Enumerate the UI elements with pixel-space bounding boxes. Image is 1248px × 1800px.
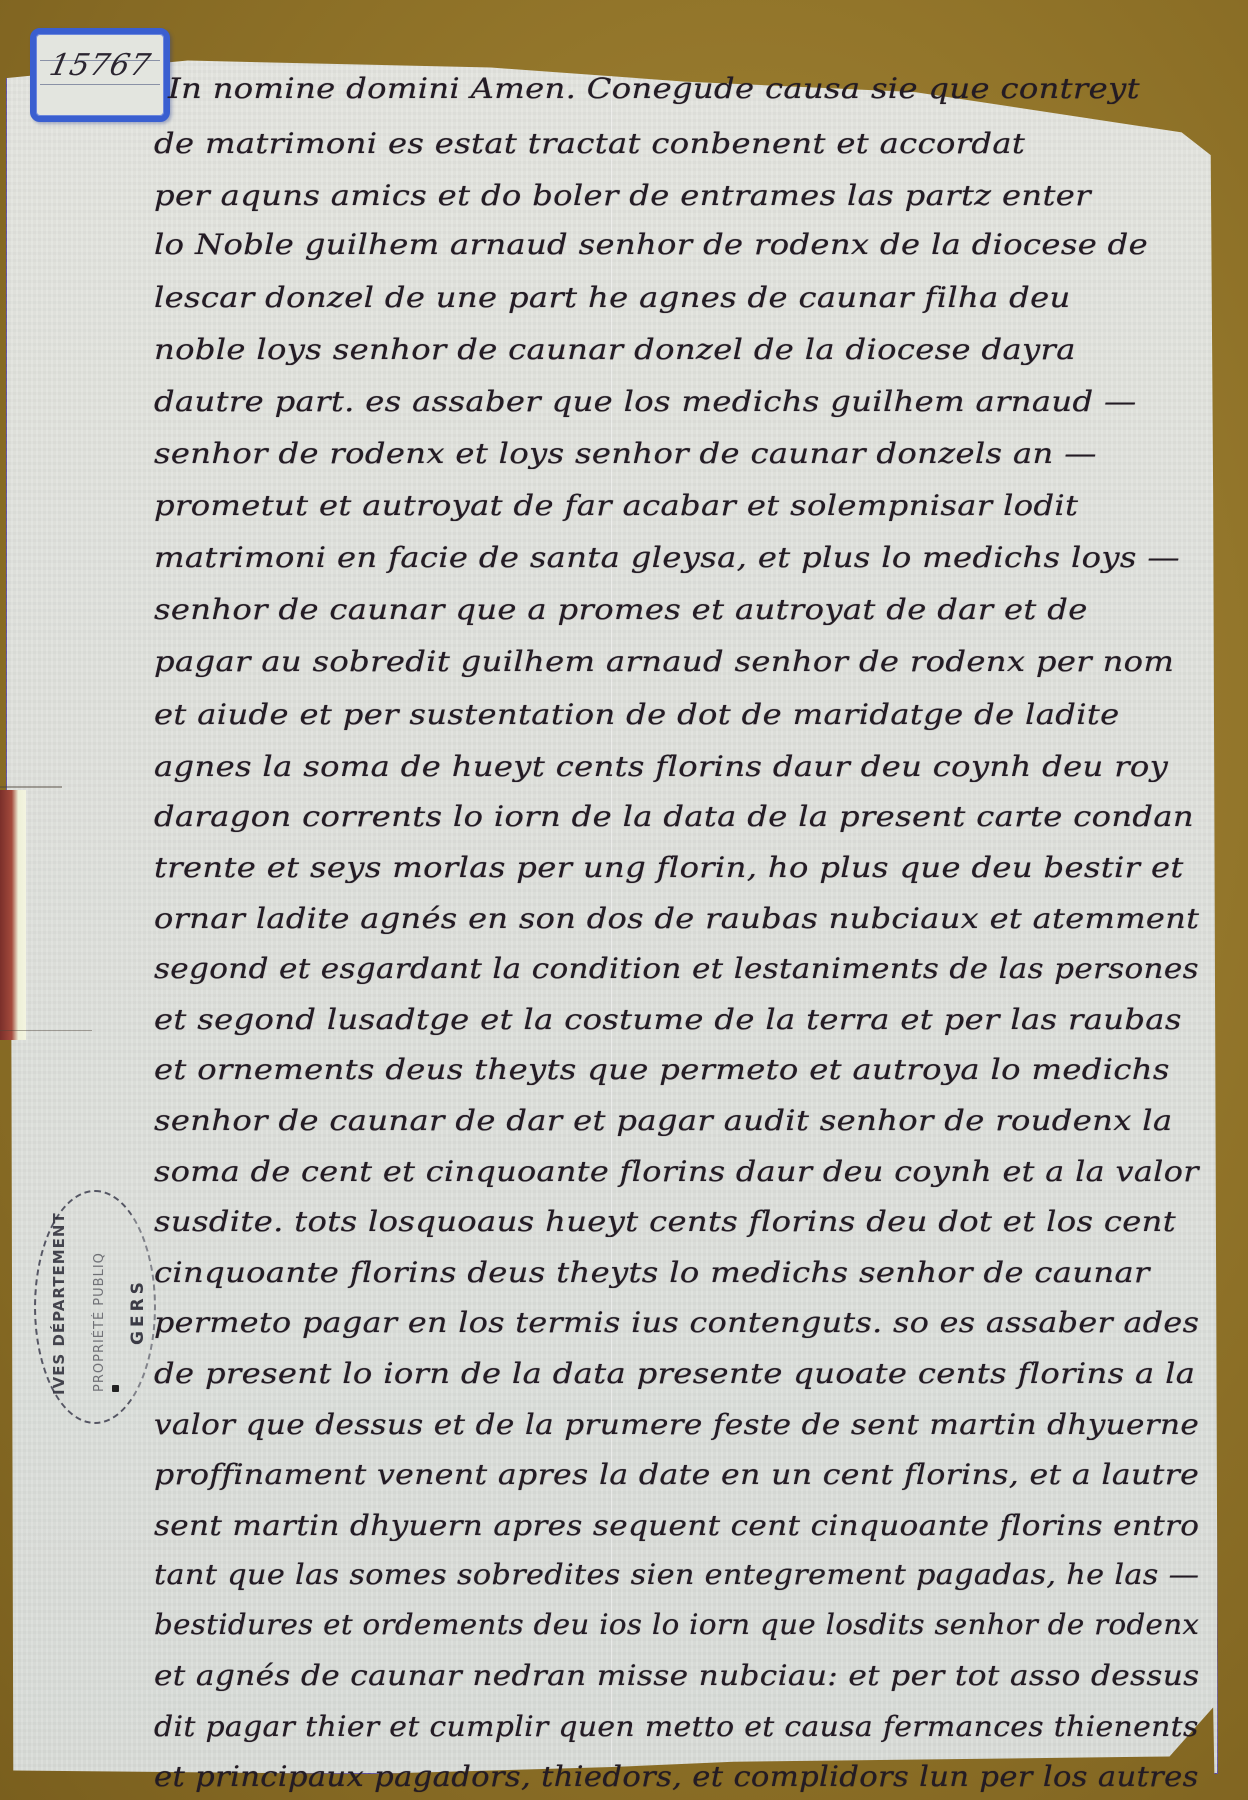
manuscript-line: agnes la soma de hueyt cents florins dau… bbox=[154, 750, 1168, 783]
manuscript-line: permeto pagar en los termis ius contengu… bbox=[154, 1306, 1199, 1339]
manuscript-line: de present lo iorn de la data presente q… bbox=[154, 1357, 1195, 1390]
manuscript-line: segond et esgardant la condition et lest… bbox=[154, 952, 1199, 985]
manuscript-line: et aiude et per sustentation de dot de m… bbox=[154, 698, 1120, 731]
manuscript-line: lescar donzel de une part he agnes de ca… bbox=[154, 281, 1071, 314]
manuscript-line: valor que dessus et de la prumere feste … bbox=[154, 1408, 1199, 1441]
manuscript-line: senhor de caunar de dar et pagar audit s… bbox=[154, 1104, 1173, 1137]
torn-edge-strip bbox=[0, 790, 26, 1040]
manuscript-line: senhor de rodenx et loys senhor de cauna… bbox=[154, 437, 1097, 470]
manuscript-line: dit pagar thier et cumplir quen metto et… bbox=[154, 1710, 1199, 1743]
manuscript-line: sent martin dhyuern apres sequent cent c… bbox=[154, 1509, 1199, 1542]
manuscript-line: et principaux pagadors, thiedors, et com… bbox=[154, 1760, 1199, 1793]
manuscript-line: et segond lusadtge et la costume de la t… bbox=[154, 1003, 1182, 1036]
manuscript-line: dautre part. es assaber que los medichs … bbox=[154, 385, 1137, 418]
manuscript-line: de matrimoni es estat tractat conbenent … bbox=[154, 127, 1025, 160]
manuscript-line: cinquoante florins deus theyts lo medich… bbox=[154, 1256, 1150, 1289]
manuscript-line: matrimoni en facie de santa gleysa, et p… bbox=[154, 541, 1180, 574]
manuscript-line: et ornements deus theyts que permeto et … bbox=[154, 1053, 1170, 1086]
manuscript-line: In nomine domini Amen. Conegude causa si… bbox=[168, 72, 1140, 105]
stamp-text-gers: GERS bbox=[128, 1278, 148, 1345]
tear-edge-bottom bbox=[0, 1030, 92, 1031]
manuscript-line: per aquns amics et do boler de entrames … bbox=[154, 179, 1091, 212]
manuscript-line: prometut et autroyat de far acabar et so… bbox=[154, 489, 1078, 522]
manuscript-line: proffinament venent apres la date en un … bbox=[154, 1458, 1199, 1491]
archive-number: 15767 bbox=[46, 48, 154, 83]
manuscript-line: et agnés de caunar nedran misse nubciau:… bbox=[154, 1659, 1200, 1692]
manuscript-line: bestidures et ordements deu ios lo iorn … bbox=[154, 1608, 1199, 1641]
stamp-dot bbox=[112, 1385, 119, 1392]
label-rule bbox=[40, 84, 160, 85]
manuscript-line: susdite. tots losquoaus hueyt cents flor… bbox=[154, 1205, 1176, 1238]
manuscript-line: pagar au sobredit guilhem arnaud senhor … bbox=[154, 645, 1174, 678]
manuscript-line: daragon corrents lo iorn de la data de l… bbox=[154, 800, 1194, 833]
manuscript-line: trente et seys morlas per ung florin, ho… bbox=[154, 851, 1184, 884]
manuscript-line: ornar ladite agnés en son dos de raubas … bbox=[154, 902, 1199, 935]
archive-label: 15767 bbox=[30, 28, 170, 122]
manuscript-line: lo Noble guilhem arnaud senhor de rodenx… bbox=[154, 228, 1148, 261]
manuscript-line: soma de cent et cinquoante florins daur … bbox=[154, 1155, 1199, 1188]
manuscript-line: senhor de caunar que a promes et autroya… bbox=[154, 593, 1088, 626]
stamp-text-department: IVES DÉPARTEMENT bbox=[50, 1212, 68, 1395]
manuscript-line: tant que las somes sobredites sien enteg… bbox=[154, 1558, 1199, 1591]
manuscript-line: noble loys senhor de caunar donzel de la… bbox=[154, 333, 1076, 366]
stamp-text-property: PROPRIÉTÉ PUBLIQ bbox=[92, 1252, 107, 1392]
tear-edge-top bbox=[0, 786, 62, 788]
